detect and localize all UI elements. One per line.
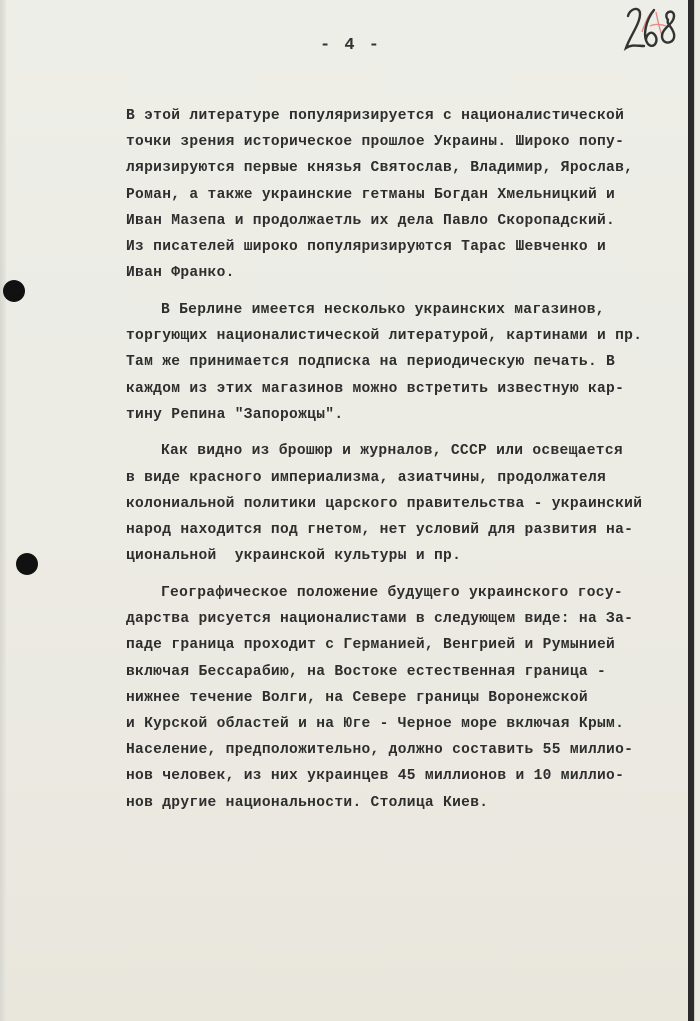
handwritten-folio-number: 268 [620, 2, 680, 58]
document-page: 268 - 4 - В этой литературе популяризиру… [0, 0, 695, 1021]
text-line: Из писателей широко популяризируются Тар… [126, 234, 686, 260]
punch-hole-top [3, 280, 25, 302]
text-line: включая Бессарабию, на Востоке естествен… [126, 659, 686, 685]
text-line: Географическое положение будущего украин… [126, 580, 686, 606]
text-line: тину Репина "Запорожцы". [126, 402, 686, 428]
punch-hole-bottom [16, 553, 38, 575]
text-line: Население, предположительно, должно сост… [126, 737, 686, 763]
text-line: нов человек, из них украинцев 45 миллион… [126, 763, 686, 789]
page-right-edge [688, 0, 694, 1021]
paragraph-literature: В этой литературе популяризируется с нац… [126, 103, 686, 286]
folio-handwriting-icon [620, 2, 680, 58]
paragraph-ussr-portrayal: Как видно из брошюр и журналов, СССР или… [126, 438, 686, 569]
text-line: точки зрения историческое прошлое Украин… [126, 129, 686, 155]
text-line: каждом из этих магазинов можно встретить… [126, 376, 686, 402]
text-line: народ находится под гнетом, нет условий … [126, 517, 686, 543]
text-line: нов другие национальности. Столица Киев. [126, 790, 686, 816]
text-line: паде граница проходит с Германией, Венгр… [126, 632, 686, 658]
page-left-edge [0, 0, 6, 1021]
text-line: Иван Франко. [126, 260, 686, 286]
text-line: Иван Мазепа и продолжаетль их дела Павло… [126, 208, 686, 234]
paragraph-geography: Географическое положение будущего украин… [126, 580, 686, 816]
text-line: В этой литературе популяризируется с нац… [126, 103, 686, 129]
paragraph-berlin-shops: В Берлине имеется несколько украинских м… [126, 297, 686, 428]
text-line: торгующих националистической литературой… [126, 323, 686, 349]
text-line: Как видно из брошюр и журналов, СССР или… [126, 438, 686, 464]
text-line: В Берлине имеется несколько украинских м… [126, 297, 686, 323]
text-line: ляризируются первые князья Святослав, Вл… [126, 155, 686, 181]
text-line: Роман, а также украинские гетманы Богдан… [126, 182, 686, 208]
text-line: нижнее течение Волги, на Севере границы … [126, 685, 686, 711]
document-body: В этой литературе популяризируется с нац… [126, 103, 686, 826]
text-line: Там же принимается подписка на периодиче… [126, 349, 686, 375]
text-line: колониальной политики царского правитель… [126, 491, 686, 517]
text-line: циональной украинской культуры и пр. [126, 543, 686, 569]
text-line: дарства рисуется националистами в следую… [126, 606, 686, 632]
page-number: - 4 - [320, 36, 381, 55]
text-line: в виде красного империализма, азиатчины,… [126, 465, 686, 491]
text-line: и Курской областей и на Юге - Черное мор… [126, 711, 686, 737]
